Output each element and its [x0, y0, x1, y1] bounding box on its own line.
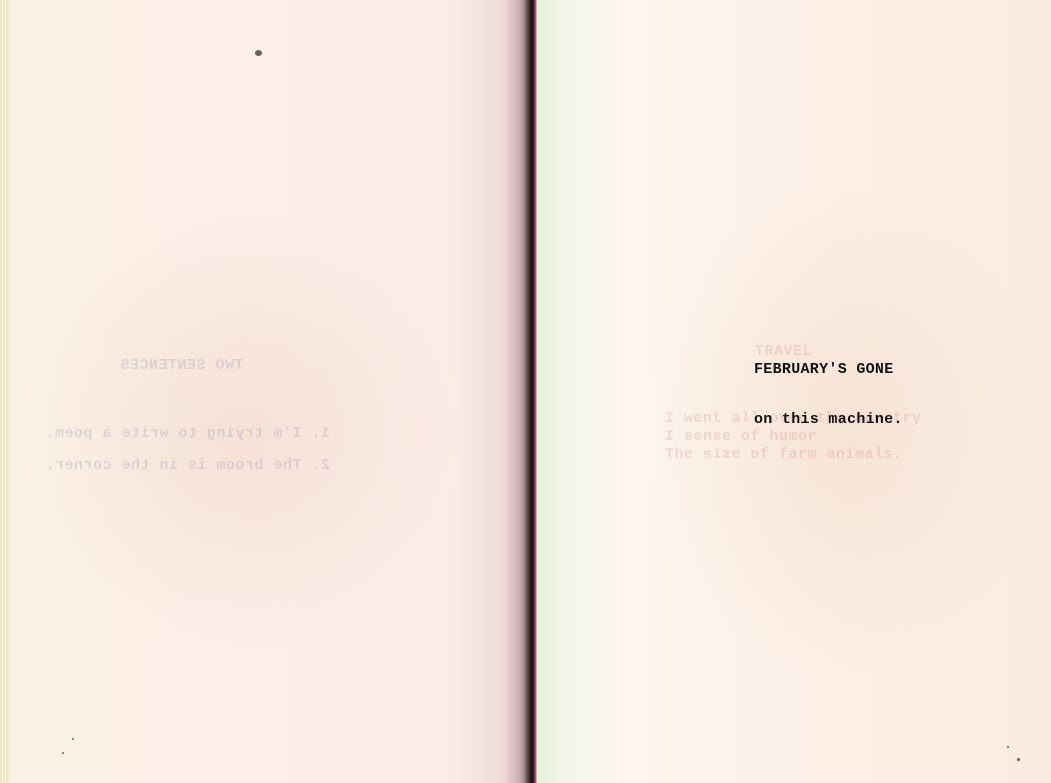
bleed-through-title: TWO SENTENCES	[120, 357, 244, 374]
ink-speck	[1017, 758, 1020, 761]
ink-speck	[1007, 746, 1009, 748]
bleed-through-line: 2. The broom is in the corner.	[45, 457, 330, 474]
bleed-through-line: The size of farm animals.	[665, 446, 903, 463]
left-page: TWO SENTENCES 1. I'm trying to write a p…	[0, 0, 530, 783]
ink-speck	[62, 752, 64, 754]
bleed-through-title: TRAVEL	[755, 343, 812, 360]
bleed-through-line: I sense of humor	[665, 428, 817, 445]
poem-title: FEBRUARY'S GONE	[754, 361, 894, 378]
ink-speck	[72, 738, 74, 740]
book-gutter	[525, 0, 537, 783]
bleed-through-line: 1. I'm trying to write a poem.	[45, 425, 330, 442]
right-page: TRAVEL I went all over the country I sen…	[537, 0, 1051, 783]
ink-speck	[255, 50, 262, 56]
poem-body: on this machine.	[754, 411, 903, 428]
page-edges	[0, 0, 10, 783]
open-book-spread: TWO SENTENCES 1. I'm trying to write a p…	[0, 0, 1051, 783]
